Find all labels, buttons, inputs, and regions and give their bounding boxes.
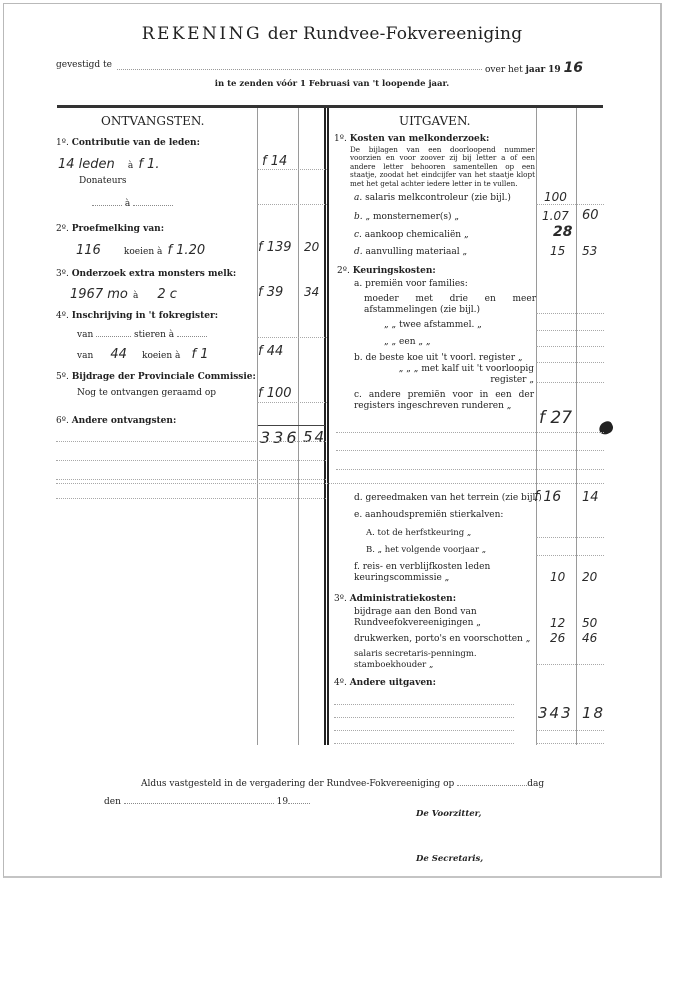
contributie-amount[interactable]: f 14 bbox=[262, 154, 287, 169]
uitgaven-section-1-title: 1º. Kosten van melkonderzoek: bbox=[334, 134, 489, 144]
item-3-bond: bijdrage aan den Bond van Rundveefokvere… bbox=[354, 607, 532, 629]
donateurs-label: Donateurs bbox=[79, 176, 126, 186]
item-3-bond-col2[interactable]: 50 bbox=[582, 616, 597, 630]
item-1c-col1[interactable]: 28 bbox=[553, 224, 572, 240]
section-3-title: 3º. Onderzoek extra monsters melk: bbox=[56, 269, 236, 279]
item-1c: c. aankoop chemicaliën „ bbox=[354, 230, 469, 240]
item-2e-label: e. aanhoudspremiën stierkalven: bbox=[354, 510, 503, 520]
uitgaven-note: De bijlagen van een doorloopend nummer v… bbox=[350, 146, 535, 188]
item-1b-col1[interactable]: 1.07 bbox=[542, 209, 569, 223]
extra-monsters-cents[interactable]: 34 bbox=[304, 285, 319, 299]
stieren-line: van stieren à bbox=[77, 327, 207, 340]
item-2d-label: d. gereedmaken van het terrein (zie bijl… bbox=[354, 493, 542, 503]
uitgaven-total-guilders[interactable]: 343 bbox=[538, 704, 573, 722]
item-2a-line-1: moeder met drie en meer afstammelingen (… bbox=[364, 294, 536, 316]
inschrijving-guilders[interactable]: f 44 bbox=[258, 344, 283, 359]
item-2c-label: c. andere premiën voor in een der regist… bbox=[354, 390, 534, 412]
ink-blot bbox=[597, 420, 615, 437]
secretaris-signature-label: De Secretaris, bbox=[416, 854, 483, 864]
koeien-line: van 44 koeien à f 1 bbox=[77, 343, 209, 362]
provinciale-line: Nog te ontvangen geraamd op bbox=[77, 388, 216, 398]
item-1d-col2[interactable]: 53 bbox=[582, 244, 597, 258]
voorzitter-signature-label: De Voorzitter, bbox=[416, 809, 482, 819]
item-2a-line-2: „ „ twee afstammel. „ bbox=[384, 320, 482, 330]
year-handwritten[interactable]: 16 bbox=[564, 60, 583, 76]
proefmelking-guilders[interactable]: f 139 bbox=[258, 240, 292, 255]
item-2a-label: a. premiën voor families: bbox=[354, 279, 468, 289]
center-double-rule-b bbox=[327, 108, 329, 745]
item-3-drukwerken-col2[interactable]: 46 bbox=[582, 631, 597, 645]
year-label: over het jaar 19 16 bbox=[485, 60, 583, 76]
footer-date-line: den 19 bbox=[104, 794, 310, 807]
item-2f-col1[interactable]: 10 bbox=[550, 570, 565, 584]
gevestigd-field[interactable] bbox=[117, 60, 482, 70]
section-5-title: 5º. Bijdrage der Provinciale Commissie: bbox=[56, 372, 256, 382]
ontvangsten-heading: ONTVANGSTEN. bbox=[101, 114, 204, 128]
uitgaven-total-cents[interactable]: 18 bbox=[582, 704, 605, 722]
section-2-title: 2º. Proefmelking van: bbox=[56, 224, 164, 234]
contributie-line: 14 leden à f 1. bbox=[58, 153, 159, 172]
item-2b-line-1: b. de beste koe uit 't voorl. register „ bbox=[354, 353, 523, 363]
provinciale-amount[interactable]: f 100 bbox=[258, 386, 292, 401]
section-1-title: 1º. Contributie van de leden: bbox=[56, 138, 200, 148]
form-title: REKENING der Rundvee-Fokvereeniging bbox=[4, 24, 660, 44]
item-3-drukwerken: drukwerken, porto's en voorschotten „ bbox=[354, 634, 530, 644]
item-1a: a. salaris melkcontroleur (zie bijl.) bbox=[354, 193, 511, 203]
uitgaven-heading: UITGAVEN. bbox=[399, 114, 470, 128]
instruction-text: in te zenden vóór 1 Februasi van 't loop… bbox=[4, 79, 660, 89]
donateurs-rate: à bbox=[92, 196, 173, 209]
item-1d: d. aanvulling materiaal „ bbox=[354, 247, 467, 257]
item-2c-amount[interactable]: f 27 bbox=[539, 408, 572, 428]
ledger-form: REKENING der Rundvee-Fokvereeniging geve… bbox=[3, 3, 662, 878]
item-2d-col1[interactable]: f 16 bbox=[534, 489, 561, 505]
item-1d-col1[interactable]: 15 bbox=[550, 244, 565, 258]
footer-line-1: Aldus vastgesteld in de vergadering der … bbox=[141, 776, 544, 789]
item-3-drukwerken-col1[interactable]: 26 bbox=[550, 631, 565, 645]
item-2a-line-3: „ „ een „ „ bbox=[384, 337, 431, 347]
item-2d-col2[interactable]: 14 bbox=[582, 490, 599, 505]
item-3-bond-col1[interactable]: 12 bbox=[550, 616, 565, 630]
item-3-salaris: salaris secretaris-penningm. stamboekhou… bbox=[354, 649, 530, 671]
item-1b-col2[interactable]: 60 bbox=[582, 208, 599, 223]
item-2b-line-2: „ „ „ met kalf uit 't voorloopig registe… bbox=[364, 364, 534, 386]
item-1b: b. „ monsternemer(s) „ bbox=[354, 212, 459, 222]
extra-monsters-line: 1967 mo à 2 c bbox=[70, 283, 177, 302]
item-1a-col1[interactable]: 100 bbox=[544, 190, 567, 204]
ontvangsten-total-guilders[interactable]: 336 bbox=[260, 428, 300, 447]
extra-monsters-guilders[interactable]: f 39 bbox=[258, 285, 283, 300]
section-6-title: 6º. Andere ontvangsten: bbox=[56, 416, 176, 426]
section-4-title: 4º. Inschrijving in 't fokregister: bbox=[56, 311, 218, 321]
uitgaven-section-2-title: 2º. Keuringskosten: bbox=[337, 266, 436, 276]
uitgaven-section-3-title: 3º. Administratiekosten: bbox=[334, 594, 456, 604]
total-line bbox=[258, 425, 325, 426]
proefmelking-line: 116 koeien à f 1.20 bbox=[76, 239, 205, 258]
uitgaven-section-4-title: 4º. Andere uitgaven: bbox=[334, 678, 436, 688]
proefmelking-cents[interactable]: 20 bbox=[304, 240, 319, 254]
item-2f-label: f. reis- en verblijfkosten leden keuring… bbox=[354, 562, 534, 584]
item-2e-line-b: B. „ het volgende voorjaar „ bbox=[366, 545, 486, 555]
ontvangsten-total-cents[interactable]: 54 bbox=[303, 428, 326, 446]
item-2f-col2[interactable]: 20 bbox=[582, 570, 597, 584]
gevestigd-label: gevestigd te bbox=[56, 60, 112, 70]
top-rule bbox=[57, 105, 603, 108]
item-2e-line-a: A. tot de herfstkeuring „ bbox=[366, 528, 471, 538]
